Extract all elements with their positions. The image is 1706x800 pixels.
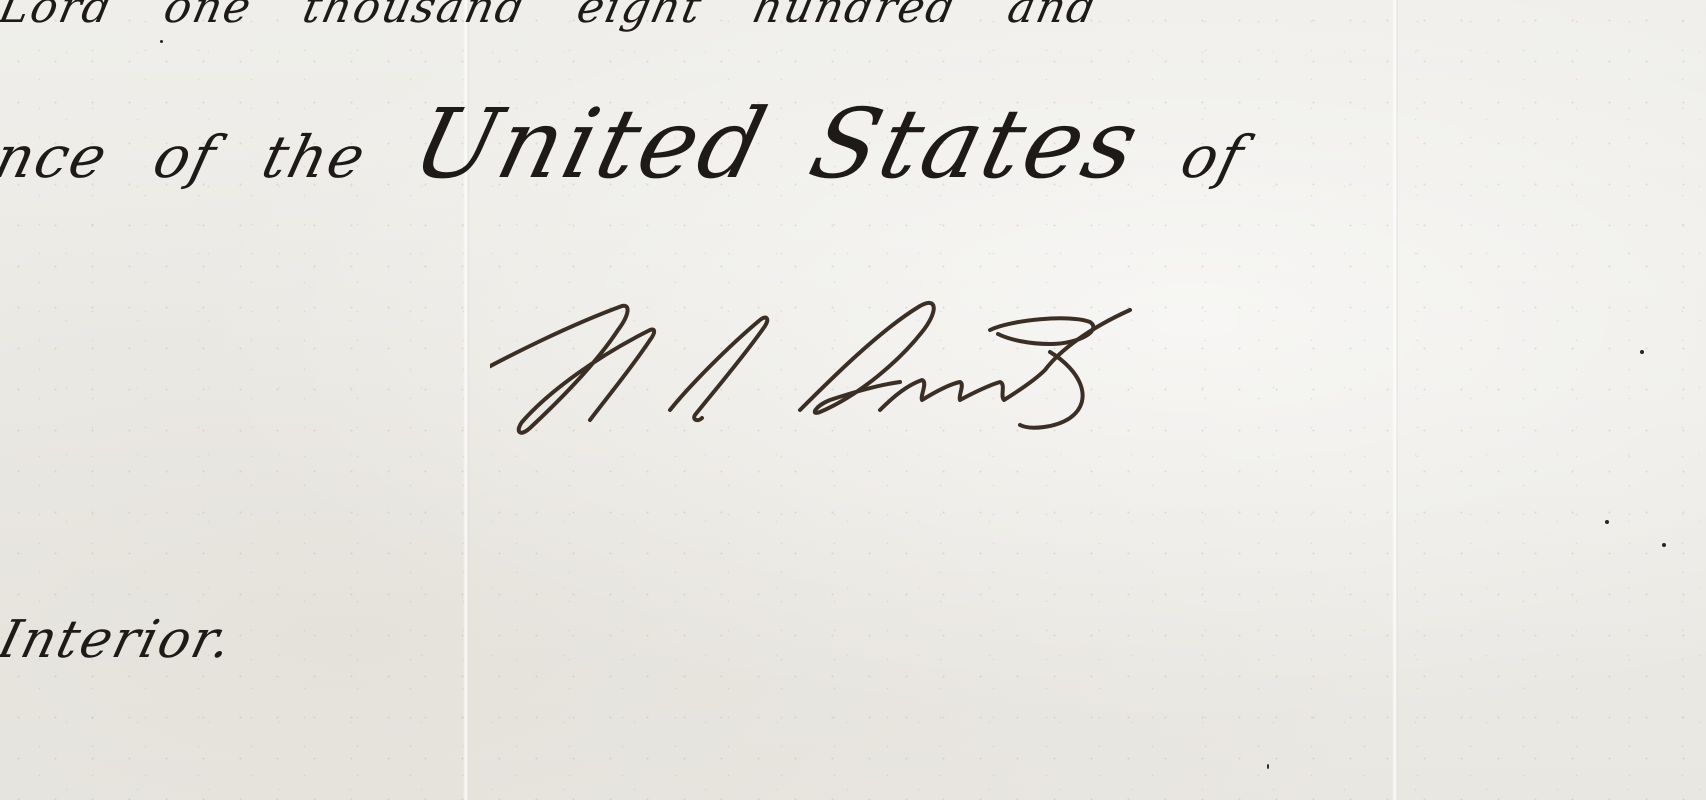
script-word: thousand [298, 0, 531, 33]
script-word: eight [573, 0, 708, 33]
ink-speck [1640, 350, 1644, 354]
ink-speck [160, 40, 163, 43]
script-word: nce [0, 123, 115, 191]
script-word-united: United [403, 88, 779, 200]
ink-speck [1662, 543, 1666, 547]
script-line-interior: Interior. [0, 610, 240, 670]
script-word-states: States [800, 88, 1152, 200]
script-word: the [256, 123, 374, 191]
script-word: hundred [749, 0, 962, 33]
script-line-united-states: nce of the United States of [0, 88, 1261, 200]
ink-speck [1605, 520, 1609, 524]
script-line-date: Lord one thousand eight hundred and [0, 0, 1103, 33]
paper-fold-line [1392, 0, 1398, 800]
signature-stroke-icon [490, 300, 1270, 470]
signature: U. S. Grant [490, 300, 1270, 470]
script-word: and [1003, 0, 1103, 33]
script-word: Lord [0, 0, 118, 33]
ink-speck [1267, 764, 1269, 769]
script-word: one [160, 0, 258, 33]
script-word: of [147, 123, 224, 191]
